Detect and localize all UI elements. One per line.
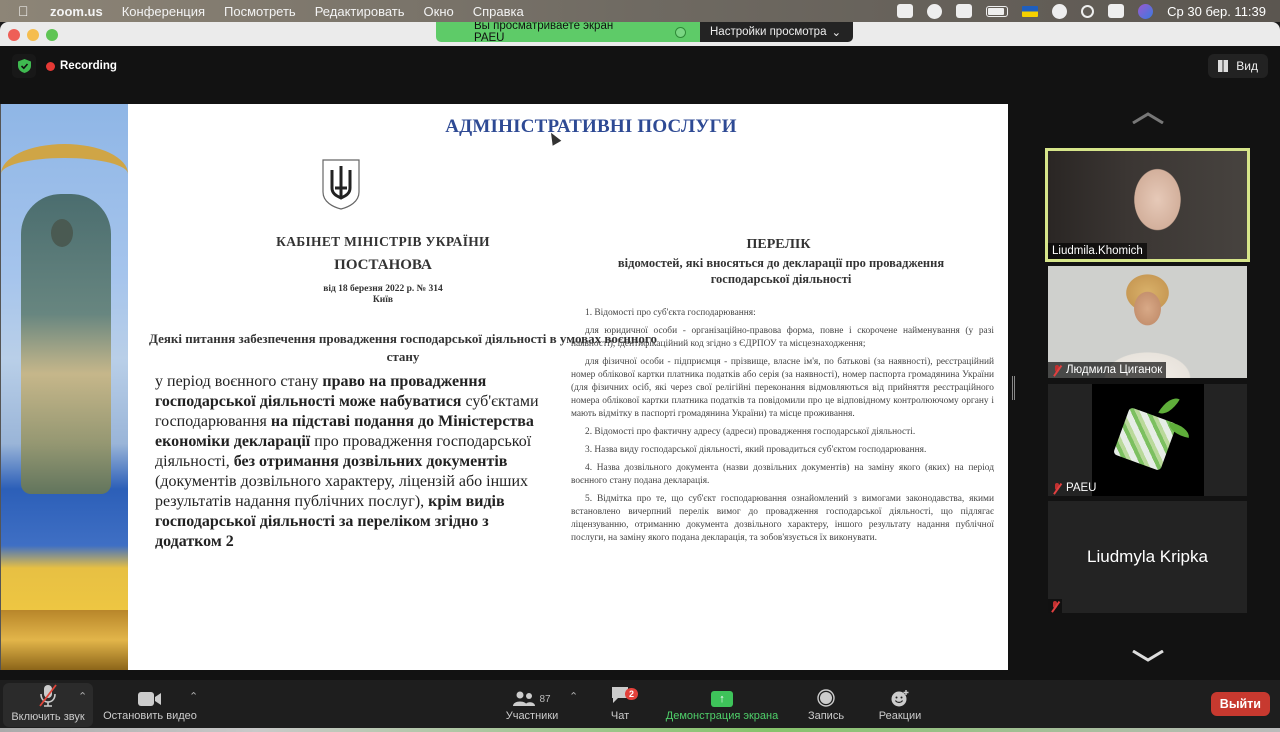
chat-button[interactable]: 2 Чат bbox=[600, 680, 640, 728]
participant-tile[interactable]: Людмила Циганок bbox=[1048, 266, 1247, 378]
participant-name-placeholder: Liudmyla Kripka bbox=[1048, 547, 1247, 567]
stop-video-label: Остановить видео bbox=[103, 710, 197, 722]
list-paragraph: для фізичної особи - підприємця - прізви… bbox=[571, 356, 994, 421]
date-text: від 18 березня 2022 р. № 314 bbox=[133, 284, 633, 295]
paeu-logo bbox=[1092, 384, 1204, 496]
menu-edit[interactable]: Редактировать bbox=[315, 4, 405, 19]
status-dot-icon bbox=[675, 27, 686, 38]
body-bold-run: без отримання дозвільних документів bbox=[234, 453, 508, 470]
chat-label: Чат bbox=[611, 710, 629, 722]
reactions-button[interactable]: Реакции bbox=[872, 680, 928, 728]
chevron-down-icon: ⌄ bbox=[831, 25, 841, 39]
list-paragraph: 2. Відомості про фактичну адресу (адреси… bbox=[571, 426, 994, 439]
shared-screen[interactable]: АДМІНІСТРАТИВНІ ПОСЛУГИ КАБІНЕТ МІНІСТРІ… bbox=[0, 104, 1008, 670]
notification-icon[interactable] bbox=[927, 4, 942, 19]
resolution-column: КАБІНЕТ МІНІСТРІВ УКРАЇНИ ПОСТАНОВА від … bbox=[133, 104, 543, 670]
unmute-label: Включить звук bbox=[11, 711, 84, 723]
document-date: від 18 березня 2022 р. № 314 Київ bbox=[133, 284, 633, 306]
muted-mic-icon bbox=[1048, 599, 1062, 613]
recording-label: Recording bbox=[60, 60, 117, 72]
menu-conference[interactable]: Конференция bbox=[122, 4, 205, 19]
maximize-window-button[interactable] bbox=[46, 29, 58, 41]
body-run: у період воєнного стану bbox=[155, 373, 322, 390]
view-options-button[interactable]: Настройки просмотра ⌄ bbox=[700, 22, 853, 42]
list-items: 1. Відомості про суб'єкта господарювання… bbox=[571, 307, 994, 550]
recording-dot-icon bbox=[46, 62, 55, 71]
check-icon[interactable] bbox=[956, 4, 972, 18]
share-screen-icon: ↑ bbox=[711, 691, 733, 707]
participant-tile[interactable]: PAEU bbox=[1048, 384, 1247, 496]
view-button[interactable]: Вид bbox=[1208, 54, 1268, 78]
coat-of-arms-icon bbox=[321, 158, 361, 210]
share-screen-button[interactable]: ↑ Демонстрация экрана bbox=[660, 680, 784, 728]
control-center-icon[interactable] bbox=[1108, 4, 1124, 18]
menu-help[interactable]: Справка bbox=[473, 4, 524, 19]
document-type: ПОСТАНОВА bbox=[133, 257, 633, 274]
viewing-text: Вы просматриваете экран PAEU bbox=[474, 22, 645, 42]
share-screen-label: Демонстрация экрана bbox=[666, 710, 778, 722]
list-paragraph: 3. Назва виду господарської діяльності, … bbox=[571, 444, 994, 457]
chat-badge: 2 bbox=[625, 688, 638, 700]
video-camera-icon bbox=[138, 691, 162, 707]
list-paragraph: 5. Відмітка про те, що суб'єкт господарю… bbox=[571, 493, 994, 545]
status-area: Ср 30 бер. 11:39 bbox=[897, 0, 1266, 22]
apple-menu-icon[interactable]:  bbox=[18, 3, 34, 19]
gallery-down-icon[interactable] bbox=[1130, 650, 1166, 662]
list-subtitle: відомостей, які вносяться до декларації … bbox=[581, 255, 981, 287]
participant-name-text: Людмила Циганок bbox=[1066, 364, 1162, 376]
leave-meeting-button[interactable]: Выйти bbox=[1211, 692, 1270, 716]
muted-microphone-icon bbox=[38, 684, 58, 708]
participants-icon bbox=[513, 691, 535, 707]
participant-name: Людмила Циганок bbox=[1048, 362, 1166, 378]
list-paragraph: 4. Назва дозвільного документа (назви до… bbox=[571, 462, 994, 488]
minimize-window-button[interactable] bbox=[27, 29, 39, 41]
clock[interactable]: Ср 30 бер. 11:39 bbox=[1167, 4, 1266, 19]
user-icon[interactable] bbox=[1052, 4, 1067, 19]
list-paragraph: для юридичної особи - організаційно-прав… bbox=[571, 325, 994, 351]
macos-menubar:  zoom.us Конференция Посмотреть Редакти… bbox=[0, 0, 1280, 22]
muted-mic-icon bbox=[1052, 365, 1062, 376]
menu-window[interactable]: Окно bbox=[424, 4, 454, 19]
list-title: ПЕРЕЛІК bbox=[561, 237, 996, 253]
muted-mic-icon bbox=[1052, 483, 1062, 494]
city-text: Київ bbox=[133, 295, 633, 306]
record-icon bbox=[817, 689, 835, 707]
participant-name-text: PAEU bbox=[1066, 482, 1096, 494]
participant-name-text: Liudmila.Khomich bbox=[1052, 245, 1143, 257]
participants-count: 87 bbox=[539, 694, 550, 705]
participant-name: Liudmila.Khomich bbox=[1048, 243, 1147, 259]
list-paragraph: 1. Відомості про суб'єкта господарювання… bbox=[571, 307, 994, 320]
desktop-edge bbox=[0, 728, 1280, 732]
resolution-body: у період воєнного стану право на провадж… bbox=[155, 372, 555, 552]
record-label: Запись bbox=[808, 710, 844, 722]
recording-indicator[interactable]: Recording bbox=[46, 60, 117, 72]
layout-icon bbox=[1218, 60, 1228, 72]
participants-caret-icon[interactable]: ⌃ bbox=[569, 690, 578, 703]
close-window-button[interactable] bbox=[8, 29, 20, 41]
gallery-up-icon[interactable] bbox=[1130, 112, 1166, 124]
record-button[interactable]: Запись bbox=[800, 680, 852, 728]
list-column: ПЕРЕЛІК відомостей, які вносяться до дек… bbox=[561, 104, 996, 670]
participants-button[interactable]: 87 Участники bbox=[500, 680, 564, 728]
independence-monument-image bbox=[1, 104, 128, 670]
menu-app-name[interactable]: zoom.us bbox=[50, 4, 103, 19]
org-name: КАБІНЕТ МІНІСТРІВ УКРАЇНИ bbox=[133, 234, 633, 250]
video-options-caret-icon[interactable]: ⌃ bbox=[189, 690, 198, 703]
participant-tile[interactable]: Liudmila.Khomich bbox=[1045, 148, 1250, 262]
audio-options-caret-icon[interactable]: ⌃ bbox=[78, 690, 87, 703]
view-label: Вид bbox=[1236, 59, 1258, 73]
participant-name: PAEU bbox=[1048, 480, 1100, 496]
viewing-banner: Вы просматриваете экран PAEU Настройки п… bbox=[436, 22, 853, 42]
view-options-label: Настройки просмотра bbox=[710, 26, 826, 38]
siri-icon[interactable] bbox=[1138, 4, 1153, 19]
participants-label: Участники bbox=[506, 710, 559, 722]
ukraine-flag-icon[interactable] bbox=[1022, 6, 1038, 17]
reactions-emoji-icon bbox=[890, 689, 910, 707]
search-icon[interactable] bbox=[1081, 5, 1094, 18]
resize-handle[interactable] bbox=[1012, 376, 1015, 400]
meeting-toolbar: Включить звук ⌃ Остановить видео ⌃ 87 Уч… bbox=[0, 680, 1280, 732]
reactions-label: Реакции bbox=[879, 710, 922, 722]
battery-icon[interactable] bbox=[986, 6, 1008, 17]
menu-view[interactable]: Посмотреть bbox=[224, 4, 296, 19]
security-shield-icon[interactable] bbox=[12, 54, 36, 78]
participant-tile[interactable]: Liudmyla Kripka bbox=[1048, 501, 1247, 613]
stop-video-button[interactable]: Остановить видео bbox=[100, 680, 200, 728]
zoom-icon[interactable] bbox=[897, 4, 913, 18]
